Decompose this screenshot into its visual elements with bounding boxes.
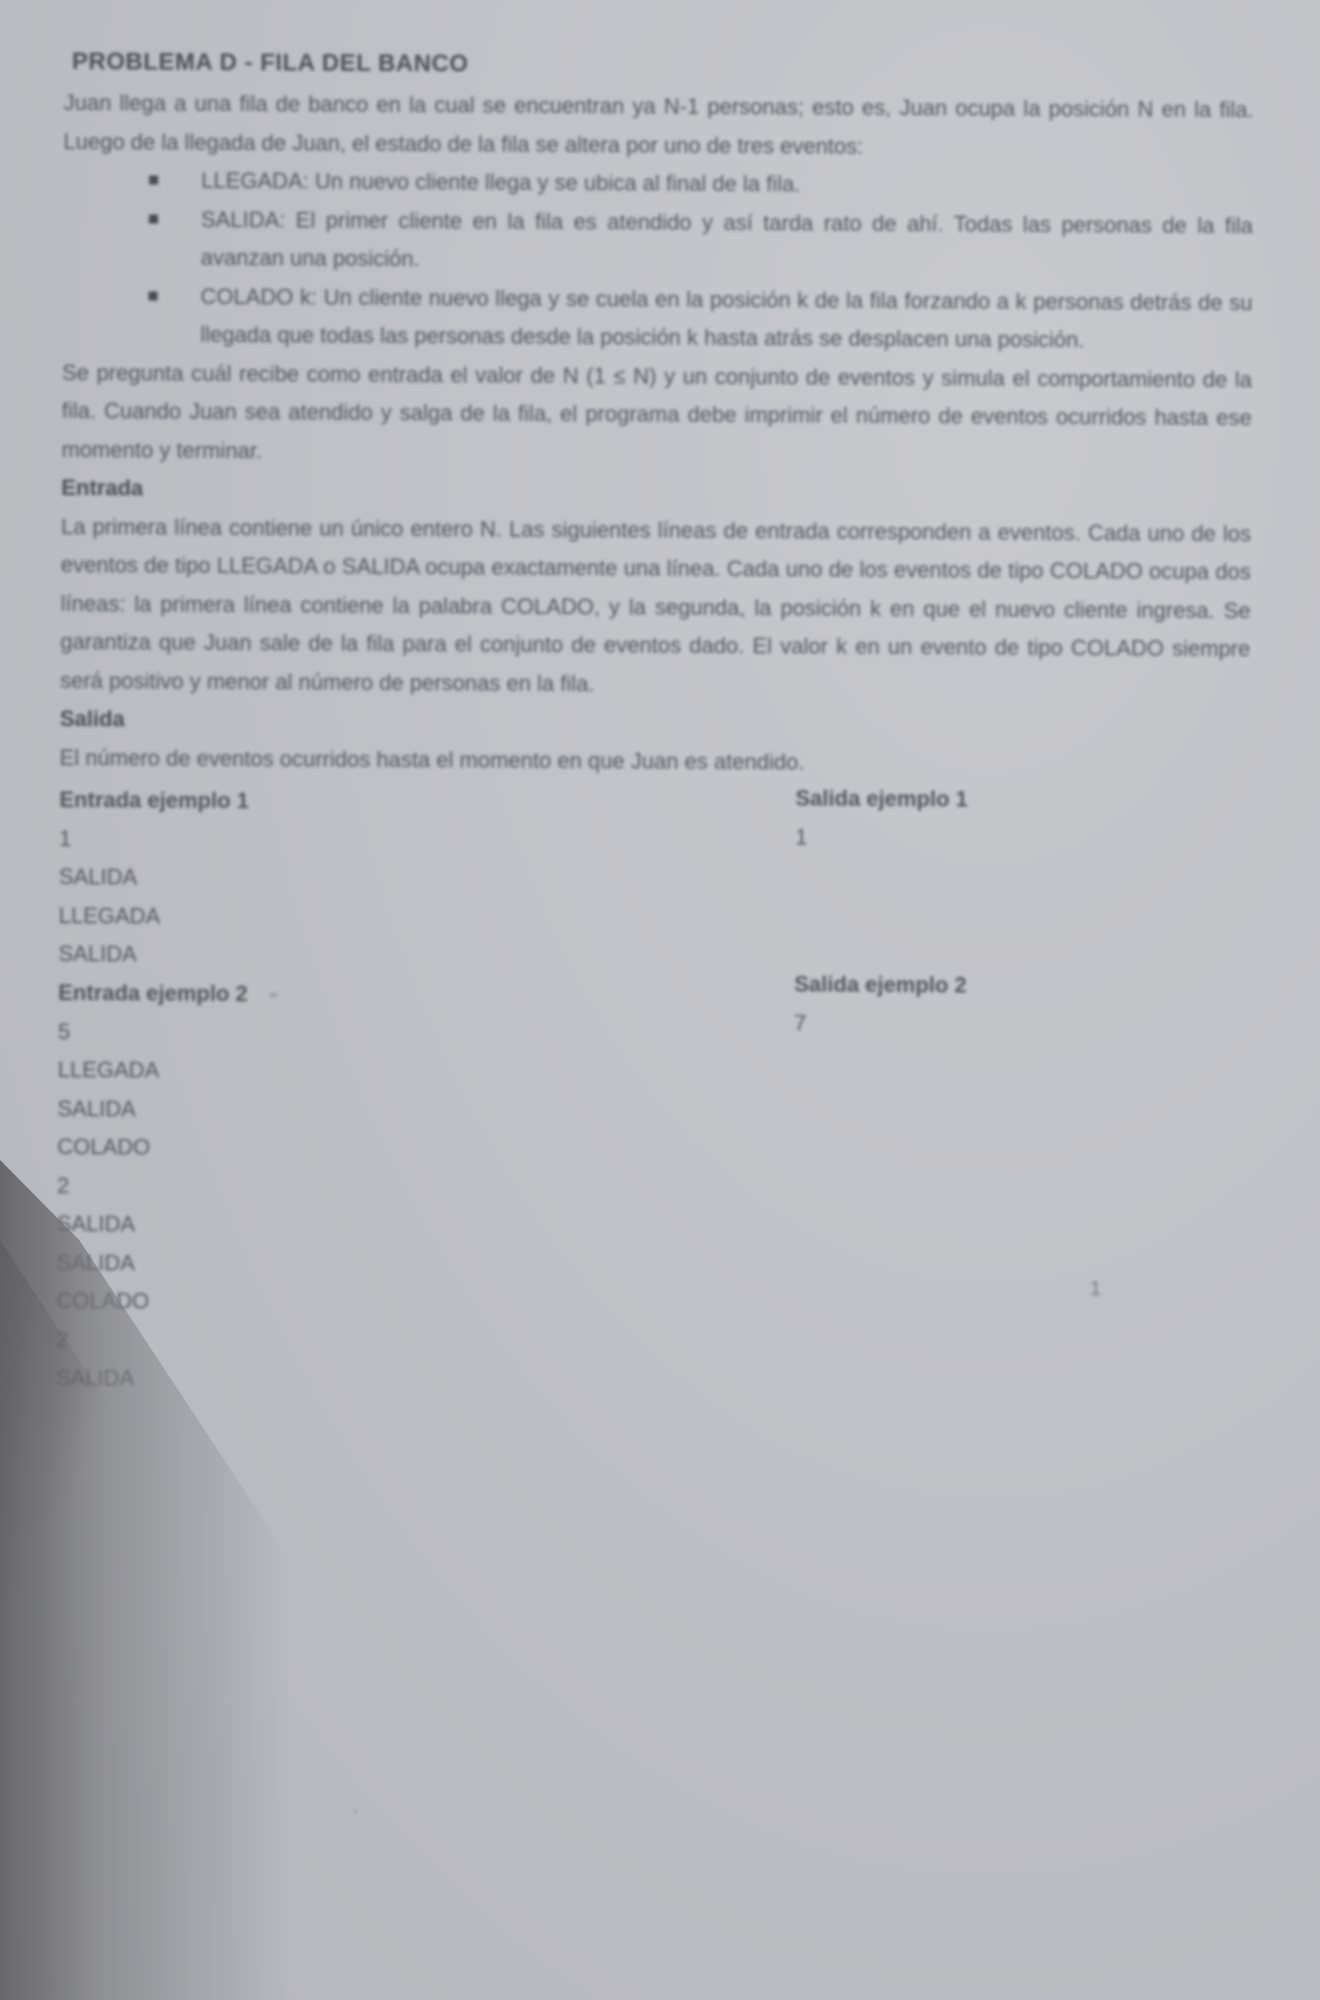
example-line: SALIDA (57, 1089, 247, 1129)
example-2-output-label: Salida ejemplo 2 (794, 965, 967, 1005)
entrada-paragraph: La primera línea contiene un único enter… (60, 507, 1251, 707)
examples-section: Entrada ejemplo 1 1 SALIDA LLEGADA SALID… (56, 781, 1250, 1408)
document-page: PROBLEMA D - FILA DEL BANCO Juan llega a… (56, 48, 1254, 1408)
stray-mark: " (270, 990, 277, 1013)
example-1-output: Salida ejemplo 1 1 (795, 779, 968, 857)
example-1-output-label: Salida ejemplo 1 (795, 779, 968, 819)
example-line: LLEGADA (59, 896, 249, 936)
example-line: 2 (56, 1320, 246, 1360)
event-list: LLEGADA: Un nuevo cliente llega y se ubi… (62, 161, 1253, 361)
stray-mark: 1 (1090, 1278, 1101, 1301)
intro-paragraph: Juan llega a una fila de banco en la cua… (63, 84, 1253, 168)
description-paragraph: Se pregunta cuál recibe como entrada el … (61, 353, 1252, 476)
example-line: COLADO (57, 1128, 247, 1168)
example-line: 5 (58, 1012, 248, 1052)
example-line: SALIDA (56, 1243, 246, 1283)
example-line: SALIDA (59, 858, 249, 898)
bullet-icon (149, 214, 158, 223)
bullet-icon (149, 176, 158, 185)
salida-paragraph: El número de eventos ocurridos hasta el … (60, 738, 1250, 784)
example-2-output: Salida ejemplo 2 7 (794, 965, 967, 1043)
example-1-input: Entrada ejemplo 1 1 SALIDA LLEGADA SALID… (58, 781, 249, 975)
stray-mark: · (352, 1800, 359, 1823)
example-line: 7 (794, 1004, 967, 1044)
event-text: COLADO k: Un cliente nuevo llega y se cu… (200, 283, 1252, 352)
example-line: LLEGADA (58, 1051, 248, 1091)
event-item-llegada: LLEGADA: Un nuevo cliente llega y se ubi… (149, 162, 1253, 207)
example-line: 1 (59, 819, 249, 859)
example-2-input-label: Entrada ejemplo 2 (58, 974, 248, 1014)
event-text: LLEGADA: Un nuevo cliente llega y se ubi… (201, 168, 800, 197)
event-text: SALIDA: El primer cliente en la fila es … (201, 206, 1253, 271)
event-item-salida: SALIDA: El primer cliente en la fila es … (149, 200, 1253, 284)
bullet-icon (148, 291, 157, 300)
example-1-input-label: Entrada ejemplo 1 (59, 781, 249, 821)
example-line: SALIDA (56, 1359, 246, 1399)
example-line: 1 (795, 818, 968, 858)
example-2-input: Entrada ejemplo 2 5 LLEGADA SALIDA COLAD… (56, 974, 248, 1399)
example-line: SALIDA (57, 1205, 247, 1245)
example-line: 2 (57, 1166, 247, 1206)
example-line: SALIDA (58, 935, 248, 975)
example-line: COLADO (56, 1282, 246, 1322)
problem-title: PROBLEMA D - FILA DEL BANCO (72, 48, 1254, 83)
event-item-colado: COLADO k: Un cliente nuevo llega y se cu… (148, 277, 1252, 361)
